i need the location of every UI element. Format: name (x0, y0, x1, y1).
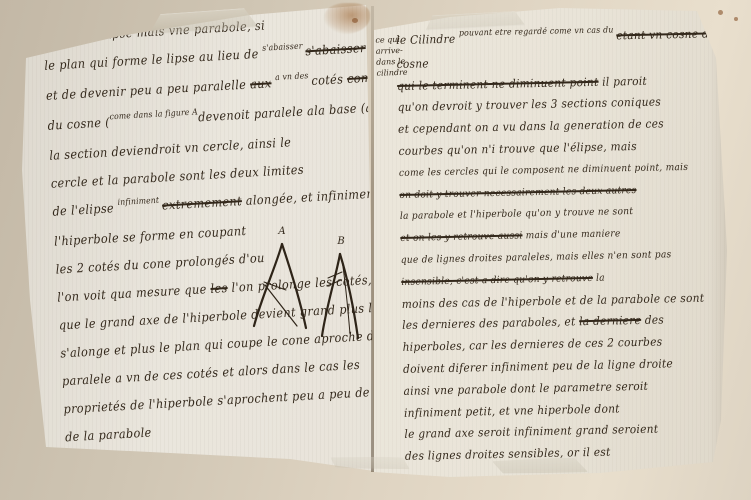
cone-figure-b-drawing (318, 248, 364, 340)
figure-a-label: A (252, 226, 312, 237)
figure-b-label: B (318, 236, 364, 247)
stain-speck (352, 18, 358, 23)
page-fold-seam (371, 6, 374, 472)
stain-speck (734, 17, 738, 21)
stain-speck (718, 10, 723, 15)
cone-figure-b: B (318, 236, 364, 340)
right-page-text: le Cilindre pouvant etre regardé come vn… (396, 24, 704, 468)
manuscript-photo: plus vne élipse mais vne parabole, sile … (0, 0, 751, 500)
cone-figure-a: A (252, 226, 312, 332)
cone-figure-a-drawing (252, 238, 312, 332)
